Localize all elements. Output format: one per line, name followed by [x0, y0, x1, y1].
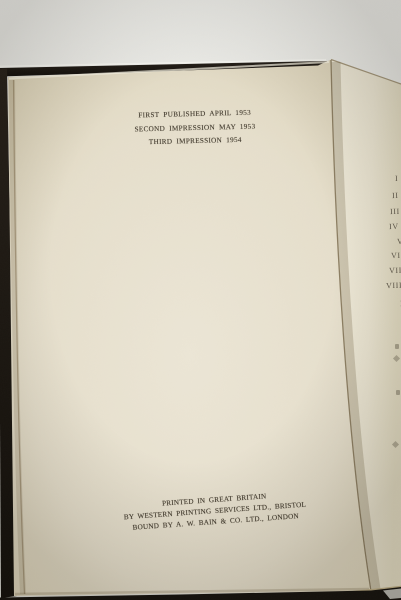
- imprint-top: FIRST PUBLISHED APRIL 1953 SECOND IMPRES…: [122, 106, 269, 150]
- book-photo: FIRST PUBLISHED APRIL 1953 SECOND IMPRES…: [0, 0, 401, 600]
